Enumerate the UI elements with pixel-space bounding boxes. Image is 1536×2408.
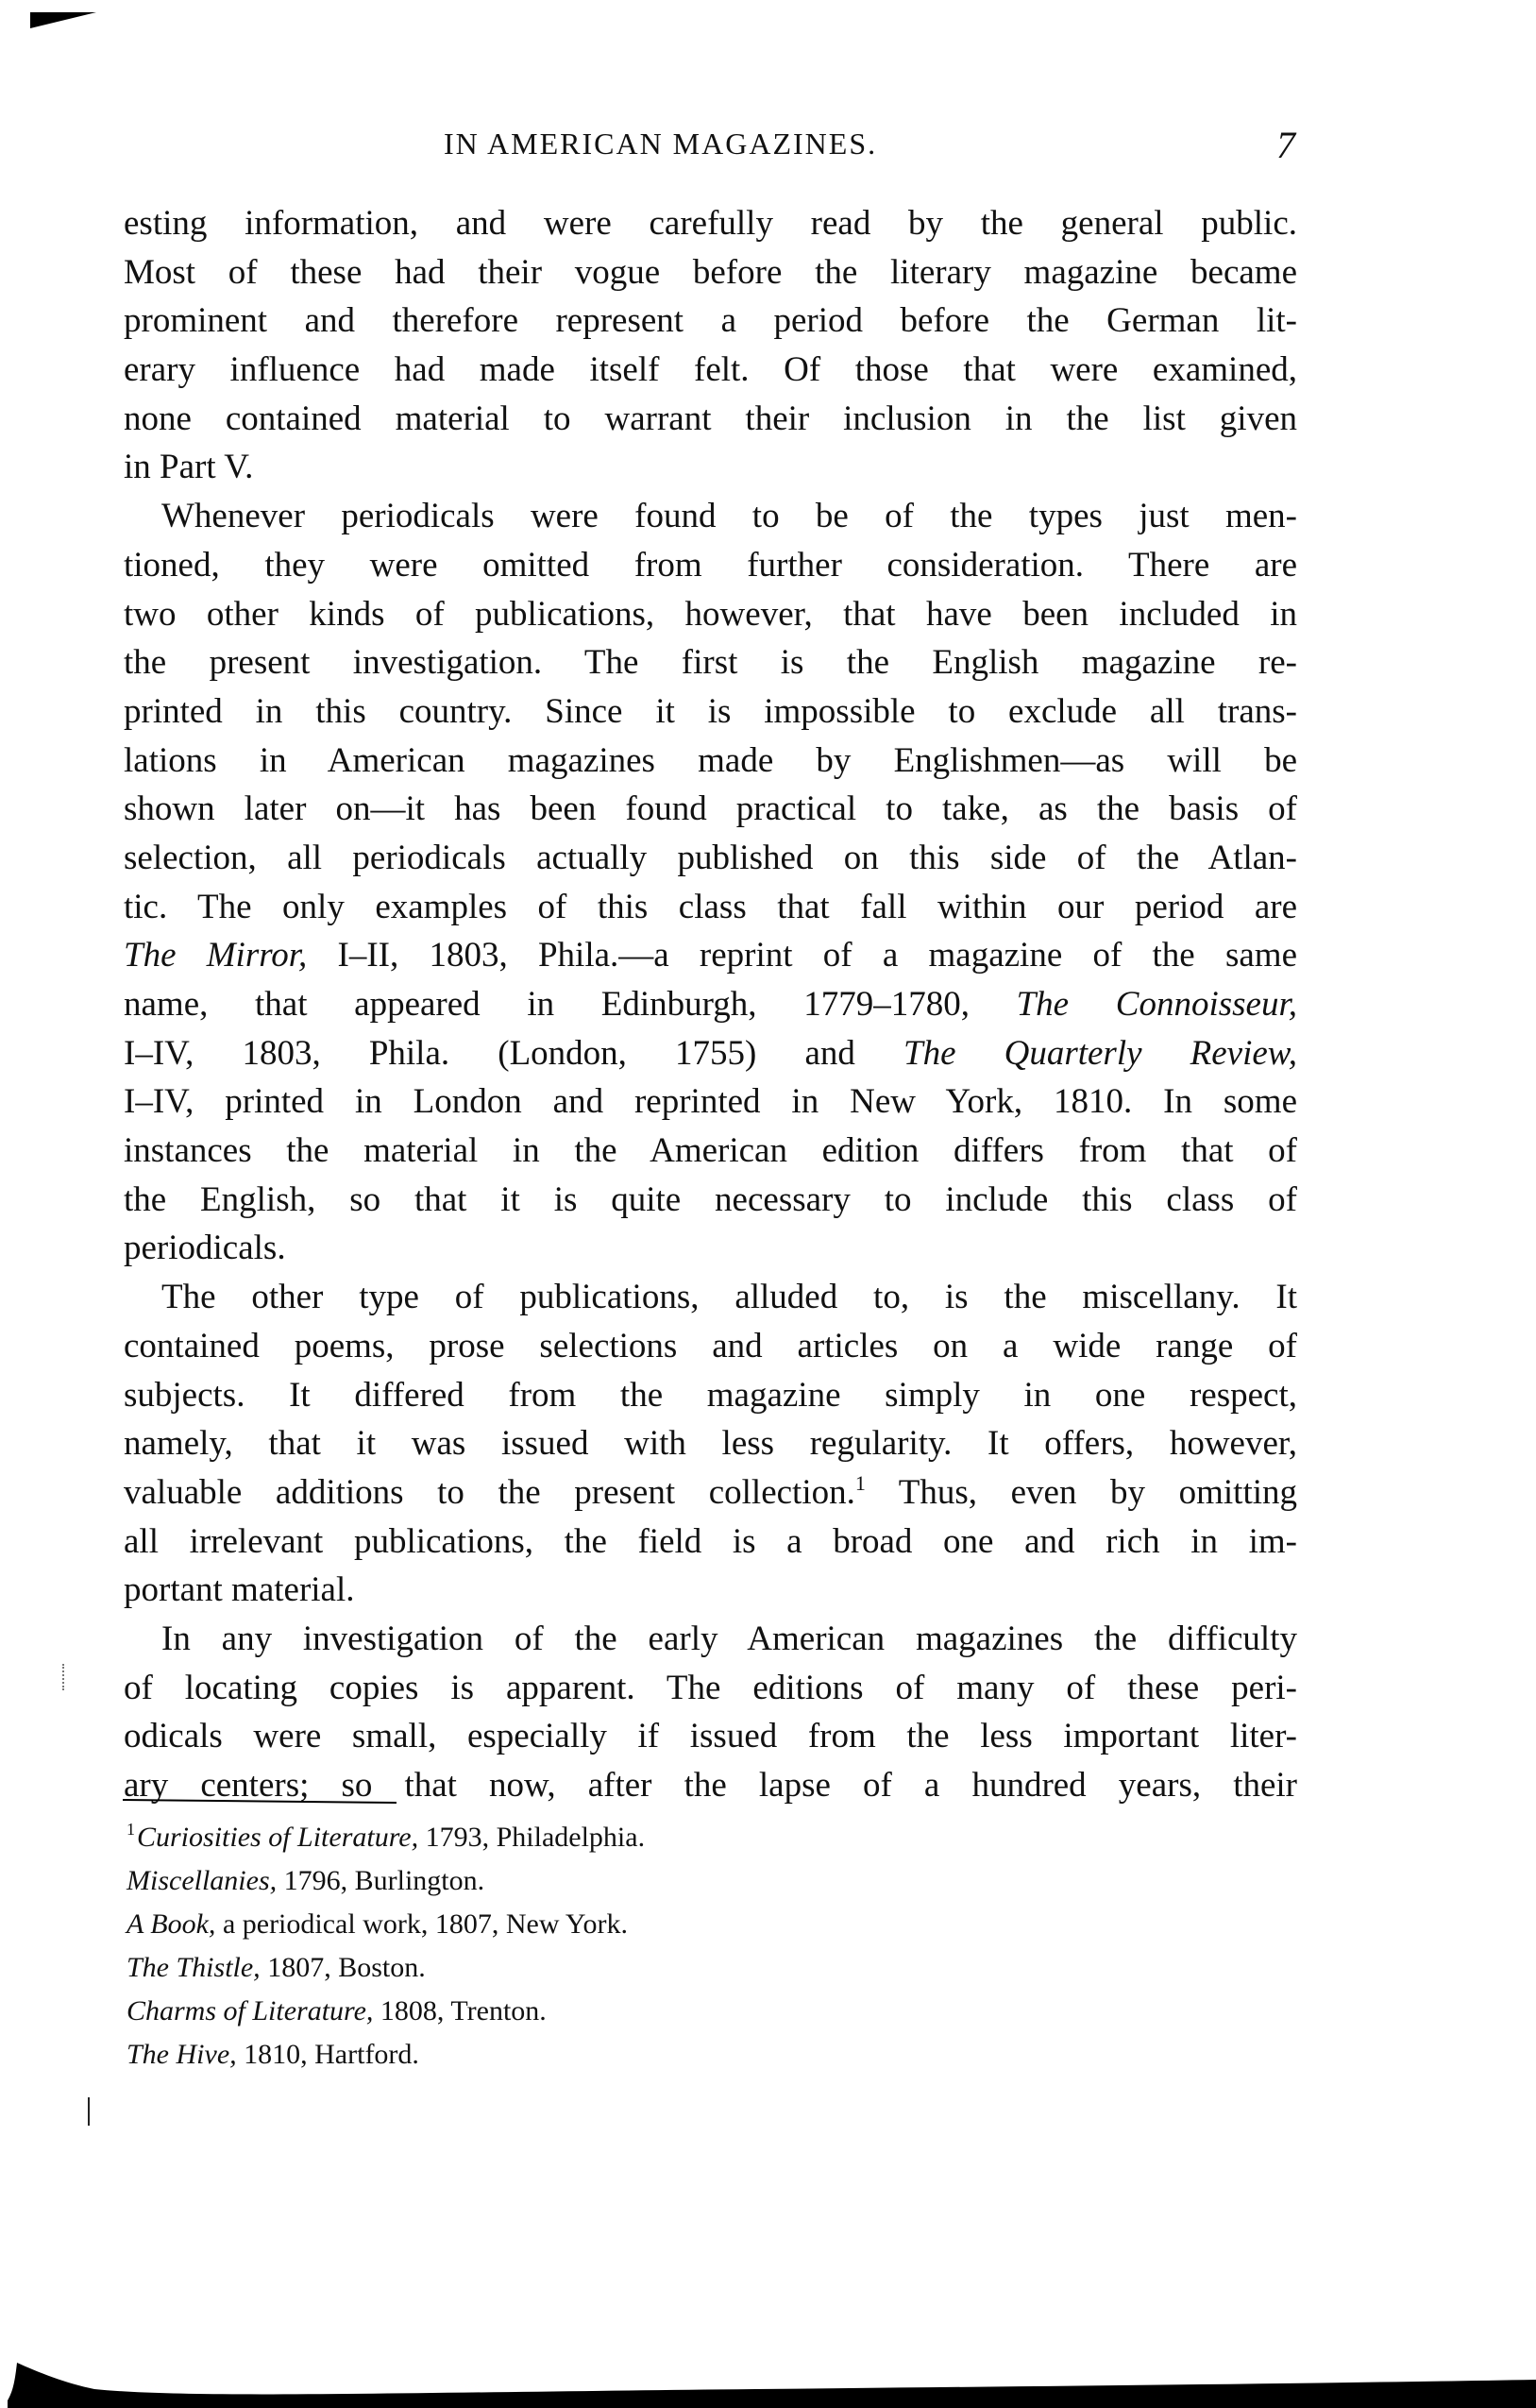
body-line: none contained material to warrant their… xyxy=(124,395,1297,444)
body-line: subjects. It differed from the magazine … xyxy=(124,1371,1297,1420)
body-line: in Part V. xyxy=(124,443,1297,492)
body-line: two other kinds of publications, however… xyxy=(124,590,1297,639)
footnote-item: A Book, a periodical work, 1807, New Yor… xyxy=(127,1903,645,1946)
body-line: instances the material in the American e… xyxy=(124,1127,1297,1176)
body-text: esting information, and were carefully r… xyxy=(124,199,1297,1810)
footnote-title: Curiosities of Literature, xyxy=(137,1822,418,1853)
body-line: erary influence had made itself felt. Of… xyxy=(124,346,1297,395)
body-line: namely, that it was issued with less reg… xyxy=(124,1419,1297,1468)
body-line: prominent and therefore represent a peri… xyxy=(124,297,1297,346)
body-line: I–IV, printed in London and reprinted in… xyxy=(124,1077,1297,1127)
body-line: all irrelevant publications, the field i… xyxy=(124,1518,1297,1567)
footnote-title: The Hive, xyxy=(127,2039,237,2070)
body-line: Most of these had their vogue before the… xyxy=(124,248,1297,297)
body-line: esting information, and were carefully r… xyxy=(124,199,1297,248)
periodical-title: The Quarterly Review, xyxy=(903,1034,1297,1073)
body-line: portant material. xyxy=(124,1566,1297,1615)
paragraph-start-line: Whenever periodicals were found to be of… xyxy=(124,492,1297,541)
paragraph-start-line: The other type of publications, alluded … xyxy=(124,1273,1297,1322)
body-line: of locating copies is apparent. The edit… xyxy=(124,1664,1297,1713)
scan-margin-speck xyxy=(62,1664,66,1690)
running-head: IN AMERICAN MAGAZINES. xyxy=(444,127,877,161)
footnote-item: Miscellanies, 1796, Burlington. xyxy=(127,1859,645,1903)
footnote-title: Charms of Literature, xyxy=(127,1995,373,2026)
body-line: the present investigation. The first is … xyxy=(124,638,1297,687)
footnote-reference[interactable]: 1 xyxy=(855,1471,866,1495)
footnote-item: 1Curiosities of Literature, 1793, Philad… xyxy=(127,1816,645,1859)
body-line: shown later on—it has been found practic… xyxy=(124,785,1297,834)
body-line: I–IV, 1803, Phila. (London, 1755) and Th… xyxy=(124,1029,1297,1078)
periodical-title: The Mirror, xyxy=(124,936,307,975)
body-line: the English, so that it is quite necessa… xyxy=(124,1176,1297,1225)
footnote-item: Charms of Literature, 1808, Trenton. xyxy=(127,1990,645,2033)
body-line: odicals were small, especially if issued… xyxy=(124,1712,1297,1761)
body-line: selection, all periodicals actually publ… xyxy=(124,834,1297,883)
paragraph-start-line: In any investigation of the early Americ… xyxy=(124,1615,1297,1664)
body-line: tic. The only examples of this class tha… xyxy=(124,883,1297,932)
footnote-marker: 1 xyxy=(127,1820,135,1839)
periodical-title: The Connoisseur, xyxy=(1017,985,1297,1024)
body-line: lations in American magazines made by En… xyxy=(124,737,1297,786)
body-line: contained poems, prose selections and ar… xyxy=(124,1322,1297,1371)
body-line: tioned, they were omitted from further c… xyxy=(124,541,1297,590)
body-line: The Mirror, I–II, 1803, Phila.—a reprint… xyxy=(124,931,1297,980)
footnote-title: The Thistle, xyxy=(127,1952,261,1983)
body-line: printed in this country. Since it is imp… xyxy=(124,687,1297,737)
body-line: valuable additions to the present collec… xyxy=(124,1468,1297,1518)
footnote-item: The Hive, 1810, Hartford. xyxy=(127,2033,645,2077)
page-number: 7 xyxy=(1276,123,1295,167)
scan-page-edge-shadow xyxy=(0,2351,1536,2408)
footnote-item: The Thistle, 1807, Boston. xyxy=(127,1946,645,1990)
footnote-title: A Book, xyxy=(127,1908,215,1940)
footnote-title: Miscellanies, xyxy=(127,1865,277,1896)
footnotes: 1Curiosities of Literature, 1793, Philad… xyxy=(127,1816,645,2077)
scan-corner-mark xyxy=(30,12,96,28)
body-line: name, that appeared in Edinburgh, 1779–1… xyxy=(124,980,1297,1029)
scan-margin-tick xyxy=(88,2097,90,2126)
body-line: periodicals. xyxy=(124,1224,1297,1273)
